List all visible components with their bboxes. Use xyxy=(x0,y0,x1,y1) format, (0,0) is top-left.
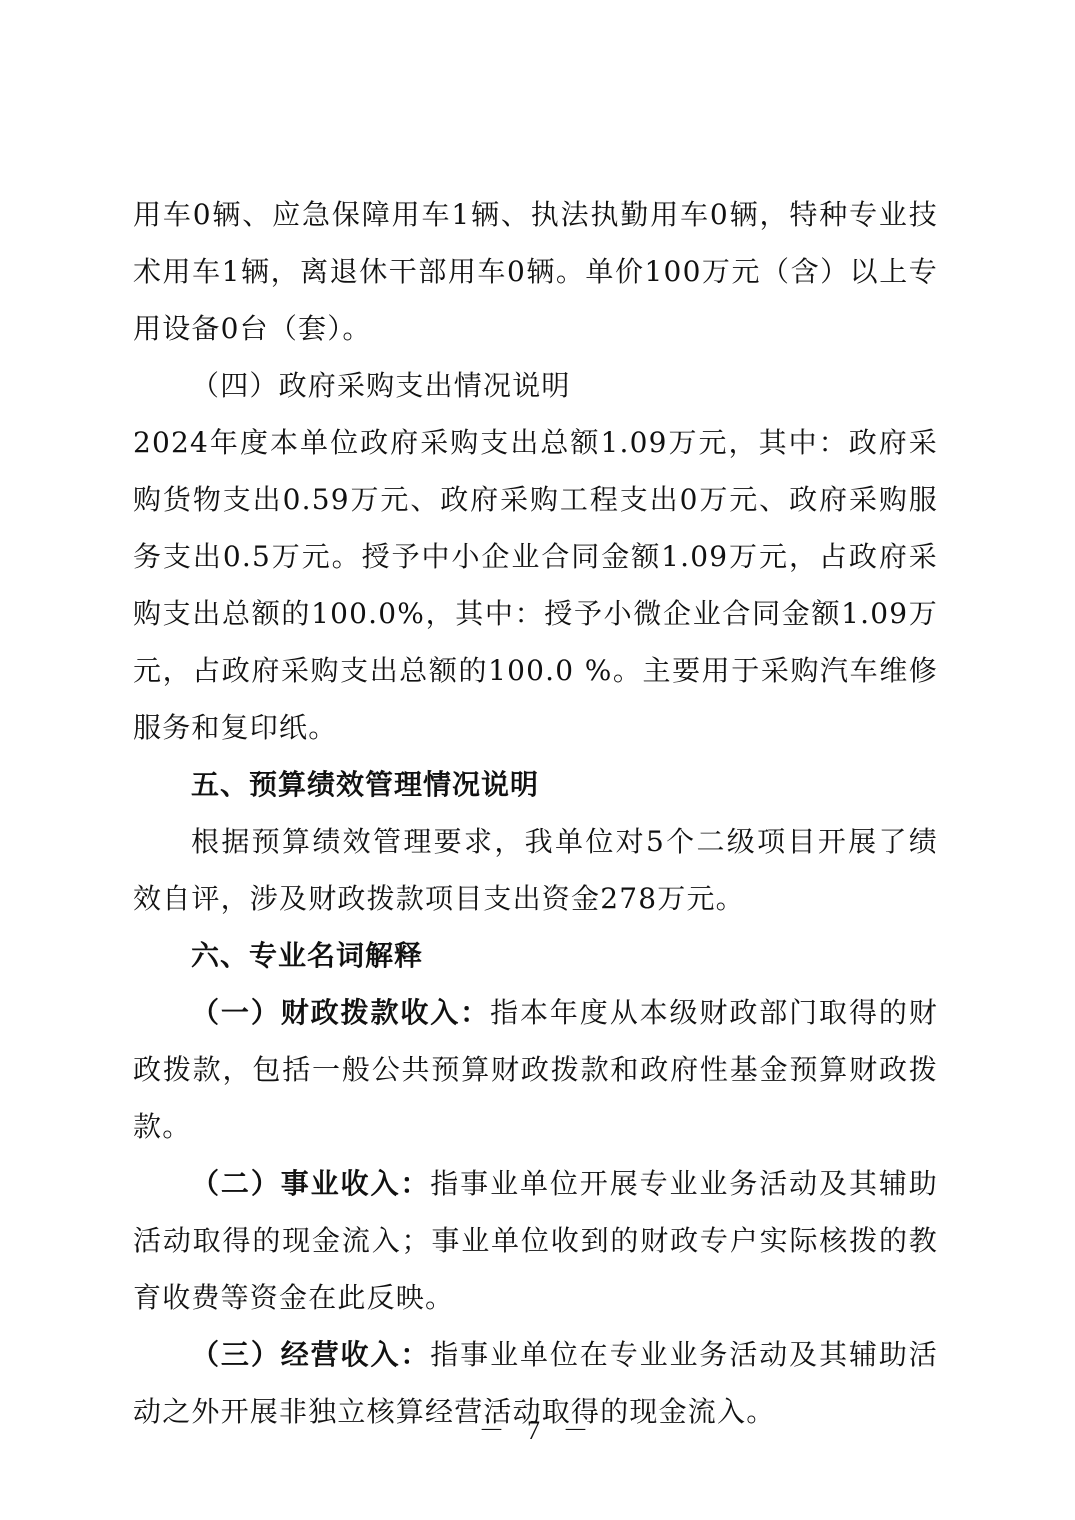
term-definition-1: （一）财政拨款收入：指本年度从本级财政部门取得的财政拨款，包括一般公共预算财政拨… xyxy=(133,984,938,1155)
term-label: （二）事业收入： xyxy=(191,1167,430,1200)
section-4-heading: （四）政府采购支出情况说明 xyxy=(133,357,938,414)
section-six-heading: 六、专业名词解释 xyxy=(133,927,938,984)
performance-paragraph: 根据预算绩效管理要求，我单位对5个二级项目开展了绩效自评，涉及财政拨款项目支出资… xyxy=(133,813,938,927)
term-label: （三）经营收入： xyxy=(191,1338,430,1371)
page-number: － 7 － xyxy=(0,1410,1075,1447)
procurement-paragraph: 2024年度本单位政府采购支出总额1.09万元，其中：政府采购货物支出0.59万… xyxy=(133,414,938,756)
section-five-heading: 五、预算绩效管理情况说明 xyxy=(133,756,938,813)
vehicle-paragraph: 用车0辆、应急保障用车1辆、执法执勤用车0辆，特种专业技术用车1辆，离退休干部用… xyxy=(133,186,938,357)
term-definition-2: （二）事业收入：指事业单位开展专业业务活动及其辅助活动取得的现金流入；事业单位收… xyxy=(133,1155,938,1326)
document-body: 用车0辆、应急保障用车1辆、执法执勤用车0辆，特种专业技术用车1辆，离退休干部用… xyxy=(133,186,938,1440)
term-label: （一）财政拨款收入： xyxy=(191,996,490,1029)
